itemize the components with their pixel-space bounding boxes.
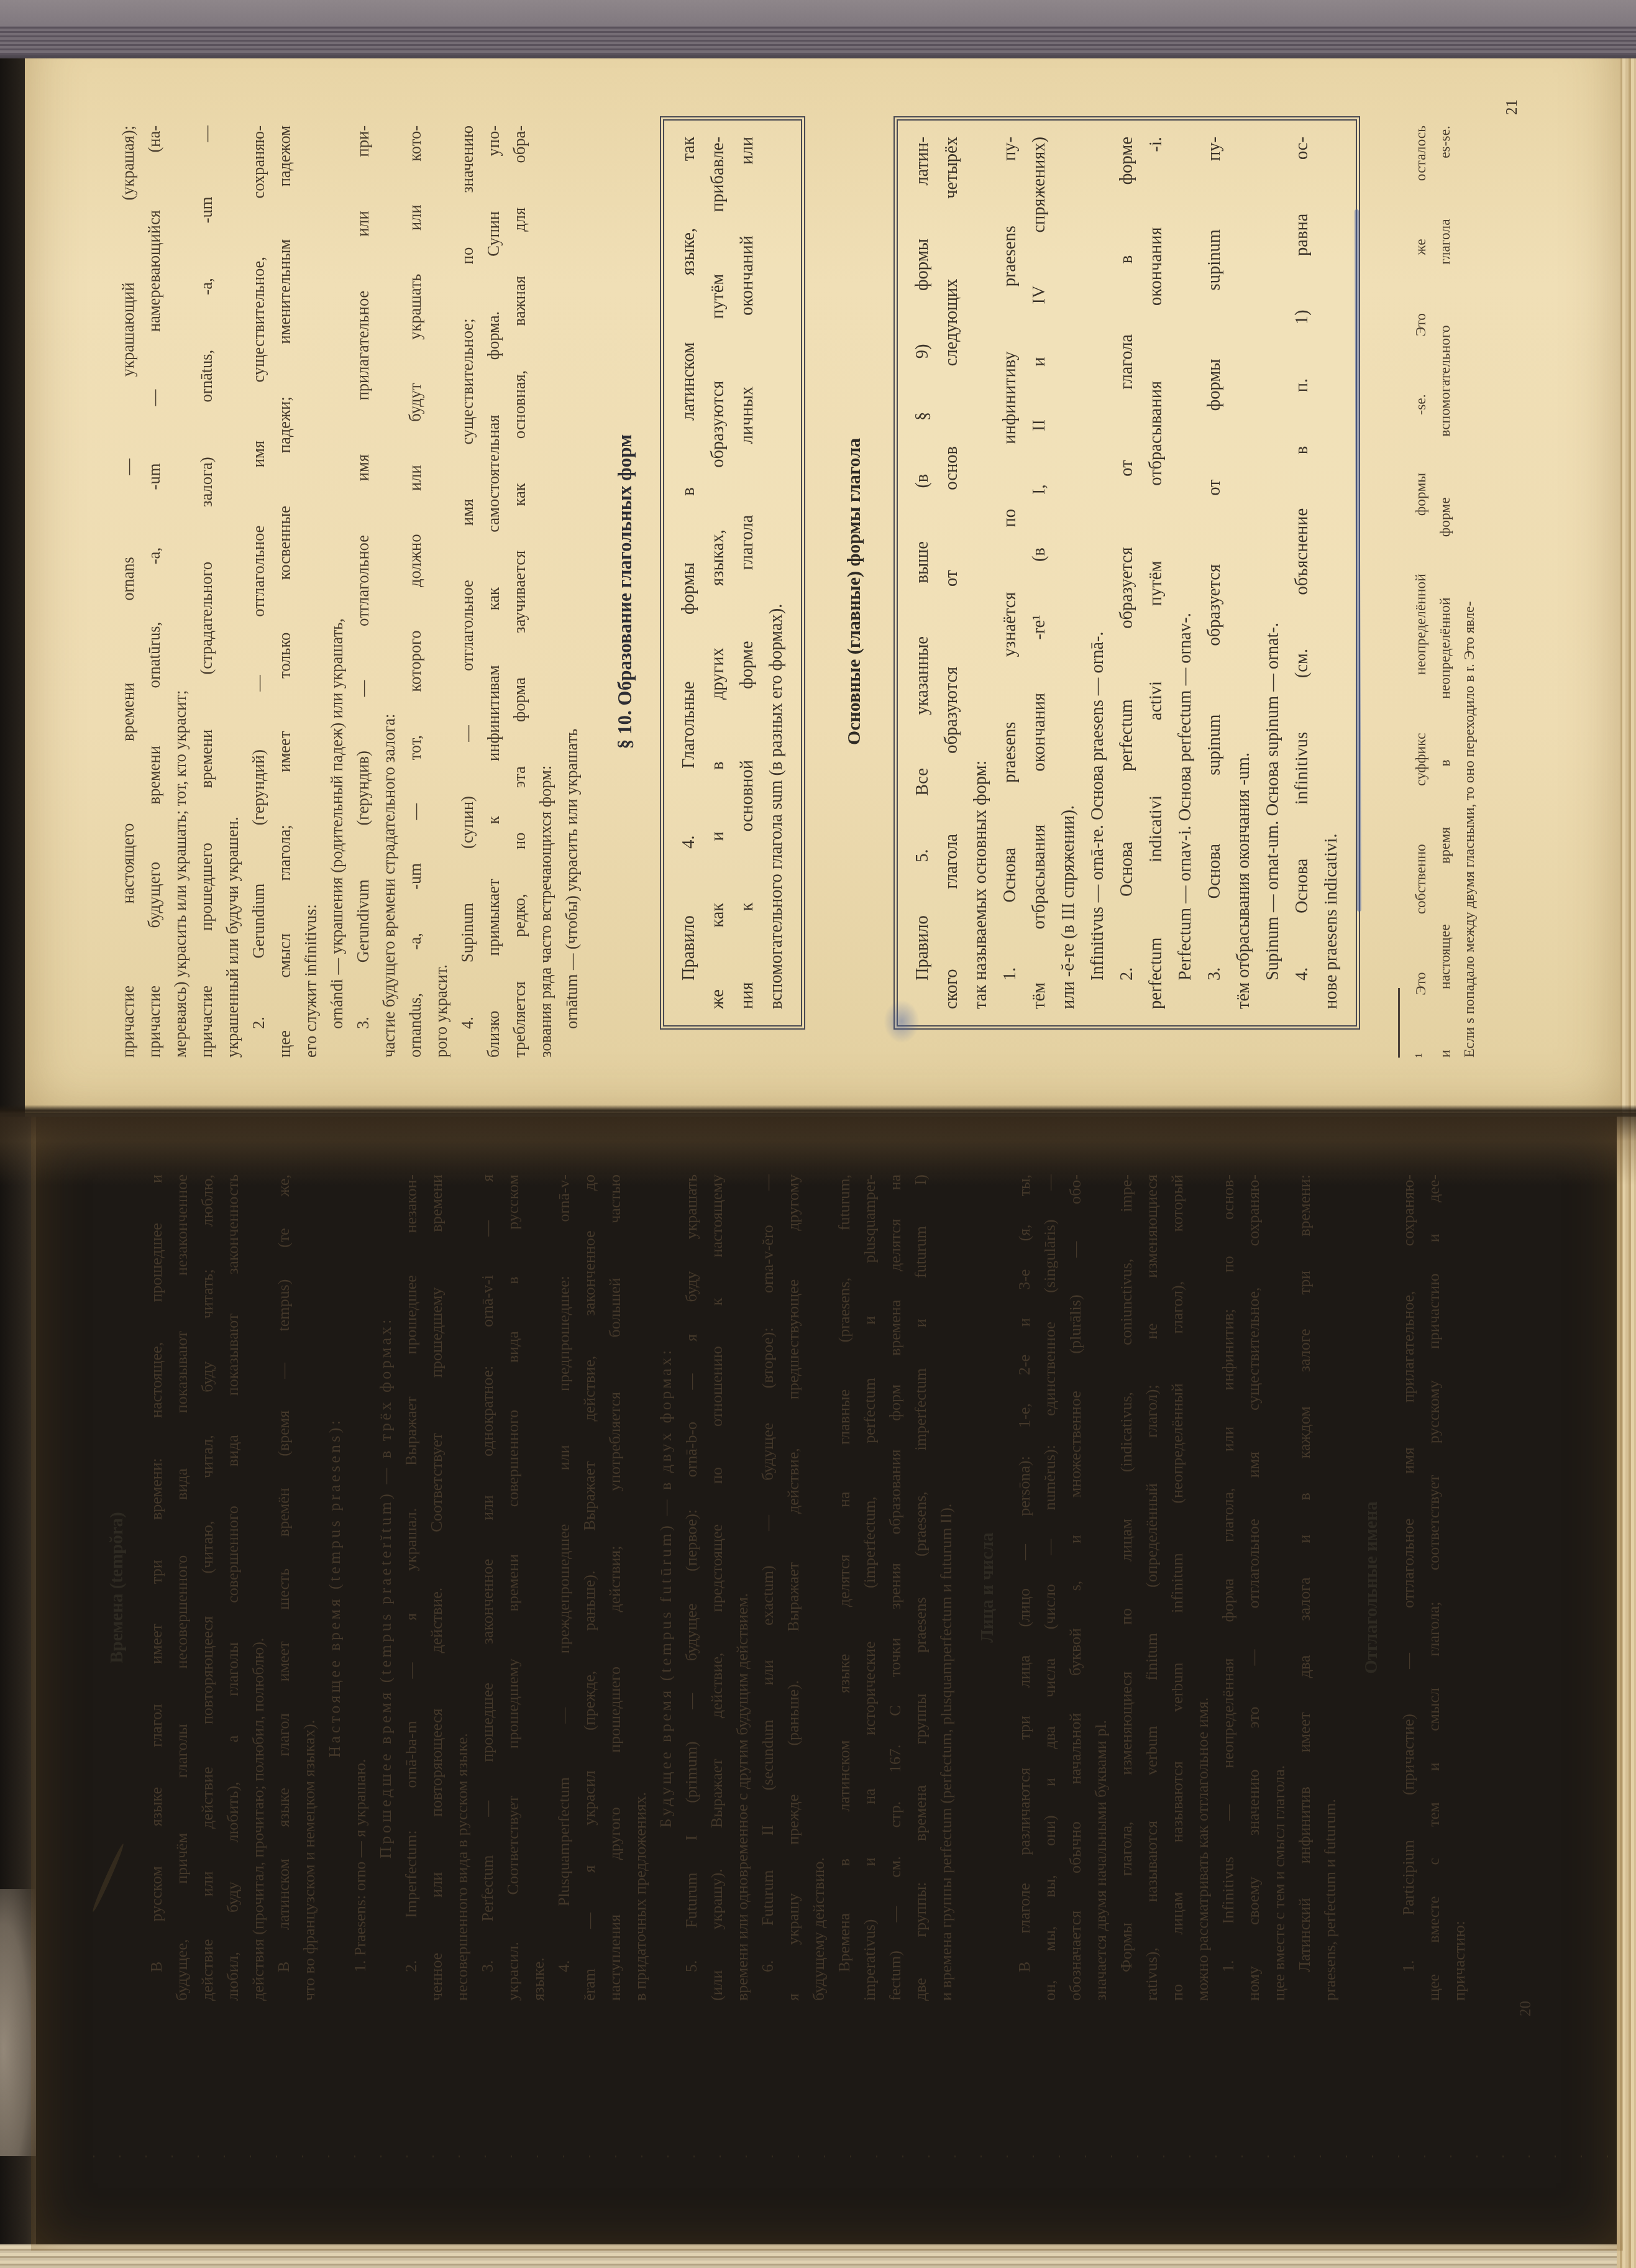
text-line: Будущее время (tempus futūrum) — в двух … (653, 1174, 679, 2001)
page-20-text-column: Времена (tempŏra) В русском языке глагол… (104, 1174, 1472, 2001)
text-line: украсил. Соответствует прошедшему времен… (500, 1174, 526, 2001)
text-line: В латинском языке глагол имеет шесть вре… (271, 1174, 296, 2001)
text-line: 4. Plusquamperfectum — преждепрошедшее и… (551, 1174, 577, 2001)
text-line: любил, буду любить), а глаголы совершенн… (220, 1174, 245, 2001)
text-line: Infinitivus — ornā-re. Основа praesens —… (1083, 137, 1112, 1009)
main-forms-heading: Основные (главные) формы глагола (844, 126, 865, 1058)
text-line: ¹ Это собственно суффикс неопределённой … (1409, 126, 1433, 1058)
page-20: Времена (tempŏra) В русском языке глагол… (31, 1112, 1623, 2251)
text-line: так называемых основных форм: (966, 137, 995, 1009)
text-line: Правило 4. Глагольные формы в латинском … (674, 137, 703, 1009)
text-line: ornātum — (чтобы) украсить или украшать (559, 126, 585, 1058)
text-line: Supinum — ornat-um. Основа supinum — orn… (1258, 137, 1287, 1009)
text-line: Времена в латинском языке делятся на гла… (831, 1174, 857, 2001)
text-line: тём отбрасывания окончания -um. (1229, 137, 1258, 1009)
text-line: 2. Основа perfectum образуется от глагол… (1112, 137, 1141, 1009)
text-line: Прошедшее время (tempus praeterĭtum) — в… (373, 1174, 398, 2001)
text-line: причастие будущего времени ornatūrus, -a… (141, 126, 167, 1058)
text-line: наступления другого прошедшего действия;… (602, 1174, 628, 2001)
text-line: ornándi — украшения (родительный падеж) … (324, 126, 350, 1058)
text-line: ornandus, -a, -um — тот, которого должно… (402, 126, 428, 1058)
text-line: времени или одновременное с другим будущ… (729, 1174, 755, 2001)
text-line: ному своему значению это — отглагольное … (1241, 1174, 1266, 2001)
text-line: же как и в других языках, образуются пут… (703, 137, 733, 1009)
paragraph-10-heading: § 10. Образование глагольных форм (614, 126, 636, 1058)
text-line: Формы глагола, изменяющиеся по лицам (in… (1113, 1174, 1139, 2001)
text-line: будущему действию. (806, 1174, 831, 2001)
text-line: Если s попадало между двумя гласными, то… (1458, 126, 1482, 1058)
text-line: значается двумя начальными буквами pl. (1088, 1174, 1113, 2001)
text-line: его служит infinitivus: (298, 126, 324, 1058)
text-line: что во французском и немецком языках). (296, 1174, 322, 2001)
text-line: мереваясь) украсить или украшать; тот, к… (167, 126, 193, 1058)
text-line: тём отбрасывания окончания -re¹ (в I, II… (1025, 137, 1054, 1009)
text-line: причастию: (1446, 1174, 1472, 2001)
section-heading-persons-numbers: Лица и числа (975, 1174, 1000, 2001)
text-line: ченное или повторяющееся действие. Соотв… (424, 1174, 449, 2001)
text-line: зования ряда часто встречающихся форм: (532, 126, 559, 1058)
book-spread: Времена (tempŏra) В русском языке глагол… (0, 0, 1636, 2268)
text-line: В русском языке глагол имеет три времени… (144, 1174, 169, 2001)
text-line: 2. Gerundium (герундий) — отглагольное и… (245, 126, 272, 1058)
page-20-block-2: В глаголе различаются три лица (лицо — p… (1012, 1174, 1343, 2001)
text-line: В глаголе различаются три лица (лицо — p… (1012, 1174, 1037, 2001)
text-line: Настоящее время (tempus praesens): (322, 1174, 347, 2001)
gutter-shadow (0, 1105, 1636, 1186)
text-line: или -ĕ-re (в III спряжении). (1054, 137, 1083, 1009)
text-line: украшенный или будучи украшен. (219, 126, 245, 1058)
page-21-continuation: причастие настоящего времени ornans — ук… (115, 126, 585, 1058)
text-line: причастие настоящего времени ornans — ук… (115, 126, 141, 1058)
text-line: ĕram — я украсил (прежде, раньше). Выраж… (577, 1174, 602, 2001)
page-number-20: 20 (1517, 2001, 1535, 2016)
page-edge-lines (68, 2156, 1609, 2157)
text-line: вспомогательного глагола sum (в разных е… (762, 137, 791, 1009)
text-line: 3. Gerundivum (герундив) — отглагольное … (350, 126, 376, 1058)
text-line: (или украшу). Выражает действие, предсто… (704, 1174, 729, 2001)
rule-5-box: Правило 5. Все указанные выше (в § 9) фо… (893, 116, 1360, 1030)
text-line: он, мы, вы, они) и два числа (число — nu… (1037, 1174, 1062, 2001)
text-line: и настоящее время в неопределённой форме… (1433, 126, 1458, 1058)
book-photo: Времена (tempŏra) В русском языке глагол… (0, 0, 1636, 2268)
text-line: 1. Infinitivus — неопределённая форма гл… (1215, 1174, 1241, 2001)
text-line: ского глагола образуются от основ следую… (937, 137, 966, 1009)
text-line: действие или действие повторяющееся (чит… (194, 1174, 220, 2001)
text-line: и времена группы perfectum (perfectum, p… (933, 1174, 959, 2001)
text-line: Perfectum — ornav-i. Основа perfectum — … (1171, 137, 1200, 1009)
text-line: причастие прошедшего времени (страдатель… (193, 126, 219, 1058)
text-line: Правило 5. Все указанные выше (в § 9) фо… (908, 137, 937, 1009)
text-line: fectum) — см. стр. 167. С точки зрения о… (882, 1174, 908, 2001)
text-line: 3. Perfectum — прошедшее законченное или… (475, 1174, 500, 2001)
text-line: 6. Futurum II (secundum или exactum) — б… (755, 1174, 780, 2001)
right-fore-edge-page-stack (0, 0, 1636, 58)
text-line: щее вместе с тем и смысл глагола. (1266, 1174, 1292, 2001)
text-line: praesens, perfectum и futurum. (1317, 1174, 1343, 2001)
section-heading-tempora: Времена (tempŏra) (104, 1174, 130, 2001)
reader-ink-smudge (884, 1000, 920, 1043)
text-line: 1. Основа praesens узнаётся по инфинитив… (995, 137, 1025, 1009)
text-line: две группы: времена группы praesens (pra… (908, 1174, 933, 2001)
text-line: будущее, причём глаголы несовершенного в… (169, 1174, 194, 2001)
text-line: ния к основной форме глагола личных окон… (733, 137, 762, 1009)
text-line: языке. (526, 1174, 551, 2001)
text-line: можно рассматривать как отглагольное имя… (1190, 1174, 1215, 2001)
text-line: 5. Futurum I (primum) — будущее (первое)… (679, 1174, 704, 2001)
text-line: 4. Supinum (супин) — отглагольное имя су… (454, 126, 480, 1058)
text-line: действия (прочитал, прочитаю; полюбил, п… (245, 1174, 271, 2001)
text-line: Латинский инфинитив имеет два залога и в… (1292, 1174, 1317, 2001)
text-line: 4. Основа infinitivus (см. объяснение в … (1287, 137, 1317, 1009)
page-20-block-1: В русском языке глагол имеет три времени… (144, 1174, 959, 2001)
text-line: по лицам называются verbum infinitum (не… (1164, 1174, 1190, 2001)
text-line: perfectum indicativi activi путём отбрас… (1141, 137, 1171, 1009)
rule-4-box: Правило 4. Глагольные формы в латинском … (660, 116, 805, 1030)
footnote-separator (1398, 988, 1400, 1058)
text-line: rativus), называются verbum finitum (опр… (1139, 1174, 1164, 2001)
page-21: причастие настоящего времени ornans — ук… (25, 6, 1620, 1117)
text-line: несовершенного вида в русском языке. (449, 1174, 475, 2001)
text-line: 3. Основа supinum образуется от формы su… (1200, 137, 1229, 1009)
page-number-21: 21 (1504, 99, 1521, 115)
text-line: imperativus) и на исторические (imperfec… (857, 1174, 882, 2001)
text-line: 1. Praesens: orno — я украшаю. (347, 1174, 373, 2001)
text-line: обозначается обычно начальной буквой s, … (1062, 1174, 1088, 2001)
text-line: рого украсит. (428, 126, 454, 1058)
text-line: щее вместе с тем и смысл глагола; соотве… (1421, 1174, 1446, 2001)
text-line: близко примыкает к инфинитивам как самос… (480, 126, 506, 1058)
page-21-leaf-edge (0, 1113, 1636, 1117)
page-20-block-3: 1. Participium (причастие) — отглагольно… (1396, 1174, 1472, 2001)
footnote-text: ¹ Это собственно суффикс неопределённой … (1409, 126, 1482, 1058)
page-stack-stripes (0, 26, 1636, 55)
text-line: щее смысл глагола; имеет только косвенны… (272, 126, 298, 1058)
text-line: 2. Imperfectum: ornā-ba-m — я украшал. В… (398, 1174, 424, 2001)
text-line: частие будущего времени страдательного з… (376, 126, 402, 1058)
text-line: нове praesens indicativi. (1317, 137, 1346, 1009)
text-line: в придаточных предложениях. (628, 1174, 653, 2001)
text-line: 1. Participium (причастие) — отглагольно… (1396, 1174, 1421, 2001)
text-line: я украшу прежде (раньше). Выражает дейст… (780, 1174, 806, 2001)
text-line: требляется редко, но эта форма заучивает… (506, 126, 532, 1058)
section-heading-verbal-nouns: Отглагольные имена (1359, 1174, 1384, 2001)
